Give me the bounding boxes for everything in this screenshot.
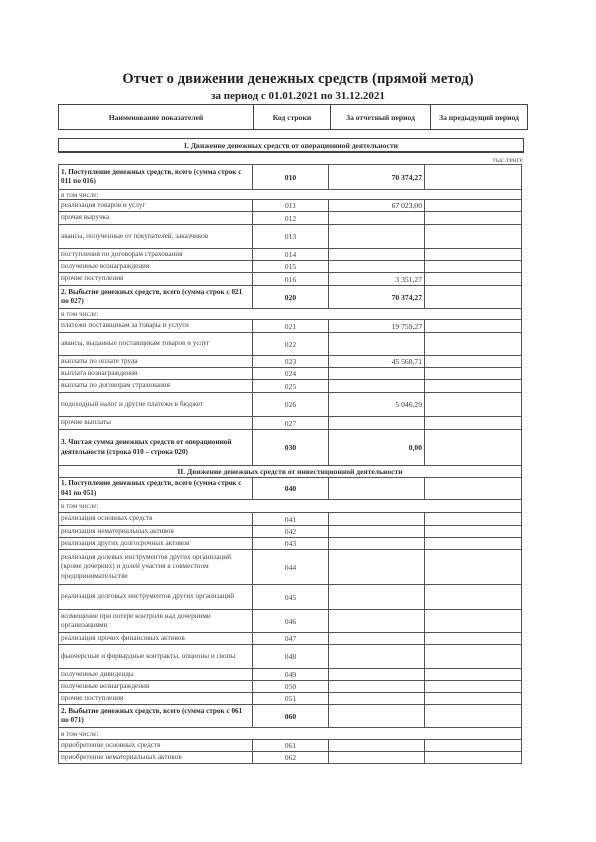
row-line-code: 060 (253, 705, 329, 727)
unit-label: тыс.тенге (493, 155, 523, 164)
row-current-value: 45 568,71 (329, 356, 425, 367)
row-indicator-name: 1. Поступление денежных средств, всего (… (59, 478, 253, 499)
row-indicator-name: реализация основных средств (59, 513, 253, 525)
row-previous-value (425, 526, 521, 537)
row-indicator-name: подоходный налог и другие платежи в бюдж… (59, 393, 253, 416)
row-current-value (329, 633, 425, 644)
table-row: авансы, выданные поставщикам товаров и у… (58, 333, 522, 356)
row-indicator-name: реализация других долгосрочных активов (59, 538, 253, 549)
row-line-code: 025 (253, 380, 329, 392)
row-current-value (329, 212, 425, 224)
table-row: выплаты по договорам страхования025 (58, 380, 522, 393)
table-row: возмещение при потере контроля над дочер… (58, 610, 522, 633)
row-indicator-name: реализация товаров и услуг (59, 200, 253, 211)
row-previous-value (425, 393, 521, 416)
row-previous-value (425, 417, 521, 429)
section-heading-row: II. Движение денежных средств от инвести… (58, 466, 522, 478)
row-line-code: 043 (253, 538, 329, 549)
row-previous-value (425, 585, 521, 609)
row-current-value (329, 669, 425, 680)
row-indicator-name: 1. Поступление денежных средств, всего (… (59, 165, 253, 189)
table-row: реализация долговых инструментов других … (58, 585, 522, 610)
row-previous-value (425, 380, 521, 392)
row-previous-value (425, 165, 521, 189)
row-indicator-name: полученные дивиденды (59, 669, 253, 680)
row-current-value (329, 513, 425, 525)
header-current-period: За отчетный период (331, 105, 431, 129)
table-row: выплаты по оплате труда02345 568,71 (58, 356, 522, 368)
row-current-value (329, 752, 425, 763)
row-indicator-name: поступления по договорам страхования (59, 249, 253, 260)
row-previous-value (425, 356, 521, 367)
row-previous-value (425, 286, 521, 308)
table-row: реализация других долгосрочных активов04… (58, 538, 522, 550)
row-line-code: 015 (253, 261, 329, 272)
row-line-code: 047 (253, 633, 329, 644)
row-line-code: 016 (253, 273, 329, 285)
row-previous-value (425, 633, 521, 644)
row-line-code: 046 (253, 610, 329, 632)
row-indicator-name: реализация долговых инструментов других … (59, 585, 253, 609)
table-row: поступления по договорам страхования014 (58, 249, 522, 261)
including-label: в том числе: (59, 309, 521, 319)
including-row: в том числе: (58, 190, 522, 200)
including-label: в том числе: (59, 500, 521, 512)
header-previous-period: За предыдущий период (431, 105, 527, 129)
report-title: Отчет о движении денежных средств (прямо… (0, 71, 596, 88)
row-current-value: 70 374,27 (329, 286, 425, 308)
row-indicator-name: 3. Чистая сумма денежных средств от опер… (59, 430, 253, 465)
row-previous-value (425, 212, 521, 224)
row-current-value (329, 368, 425, 379)
table-row: 3. Чистая сумма денежных средств от опер… (58, 430, 522, 466)
row-line-code: 012 (253, 212, 329, 224)
row-current-value (329, 478, 425, 499)
row-current-value (329, 550, 425, 584)
row-indicator-name: платежи поставщикам за товары и услуги (59, 320, 253, 332)
row-indicator-name: 2. Выбытие денежных средств, всего (сумм… (59, 286, 253, 308)
table-row: прочие поступления0163 351,27 (58, 273, 522, 286)
row-indicator-name: выплаты по оплате труда (59, 356, 253, 367)
row-current-value: 3 351,27 (329, 273, 425, 285)
including-row: в том числе: (58, 309, 522, 320)
row-line-code: 042 (253, 526, 329, 537)
table-row: приобретение основных средств061 (58, 740, 522, 752)
row-current-value (329, 740, 425, 751)
row-line-code: 023 (253, 356, 329, 367)
row-line-code: 030 (253, 430, 329, 465)
row-current-value (329, 693, 425, 704)
row-current-value (329, 538, 425, 549)
row-line-code: 014 (253, 249, 329, 260)
row-indicator-name: 2. Выбытие денежных средств, всего (сумм… (59, 705, 253, 727)
row-indicator-name: полученные вознаграждения (59, 261, 253, 272)
including-label: в том числе: (59, 728, 521, 739)
row-line-code: 010 (253, 165, 329, 189)
row-indicator-name: приобретение нематериальных активов (59, 752, 253, 763)
row-indicator-name: реализация прочих финансовых активов (59, 633, 253, 644)
table-row: прочие поступления051 (58, 693, 522, 705)
row-line-code: 048 (253, 645, 329, 668)
row-line-code: 027 (253, 417, 329, 429)
row-current-value: 70 374,27 (329, 165, 425, 189)
row-indicator-name: прочие выплаты (59, 417, 253, 429)
row-previous-value (425, 261, 521, 272)
row-previous-value (425, 273, 521, 285)
row-previous-value (425, 333, 521, 355)
row-line-code: 041 (253, 513, 329, 525)
row-previous-value (425, 538, 521, 549)
row-indicator-name: авансы, выданные поставщикам товаров и у… (59, 333, 253, 355)
row-previous-value (425, 645, 521, 668)
row-previous-value (425, 740, 521, 751)
row-indicator-name: выплата вознаграждения (59, 368, 253, 379)
row-line-code: 045 (253, 585, 329, 609)
row-current-value: 0,00 (329, 430, 425, 465)
row-previous-value (425, 320, 521, 332)
section-title: II. Движение денежных средств от инвести… (59, 466, 521, 477)
row-previous-value (425, 249, 521, 260)
row-indicator-name: прочие поступления (59, 273, 253, 285)
header-indicator-name: Наименование показателей (59, 105, 254, 129)
table-row: 2. Выбытие денежных средств, всего (сумм… (58, 705, 522, 728)
table-row: 2. Выбытие денежных средств, всего (сумм… (58, 286, 522, 309)
table-row: прочая выручка012 (58, 212, 522, 225)
row-previous-value (425, 610, 521, 632)
row-current-value: 5 046,29 (329, 393, 425, 416)
including-row: в том числе: (58, 728, 522, 740)
table-row: реализация прочих финансовых активов047 (58, 633, 522, 645)
including-label: в том числе: (59, 190, 521, 199)
row-previous-value (425, 693, 521, 704)
row-current-value (329, 585, 425, 609)
table-row: выплата вознаграждения024 (58, 368, 522, 380)
row-current-value (329, 333, 425, 355)
row-previous-value (425, 225, 521, 248)
row-previous-value (425, 513, 521, 525)
row-current-value: 19 759,27 (329, 320, 425, 332)
table-row: приобретение нематериальных активов062 (58, 752, 522, 764)
row-previous-value (425, 200, 521, 211)
column-header-table: Наименование показателей Код строки За о… (58, 104, 528, 130)
table-row: реализация товаров и услуг01167 023,00 (58, 200, 522, 212)
row-line-code: 021 (253, 320, 329, 332)
row-line-code: 024 (253, 368, 329, 379)
row-indicator-name: реализация долевых инструментов других о… (59, 550, 253, 584)
table-row: реализация нематериальных активов042 (58, 526, 522, 538)
table-row: реализация долевых инструментов других о… (58, 550, 522, 585)
row-current-value (329, 417, 425, 429)
row-previous-value (425, 478, 521, 499)
row-previous-value (425, 705, 521, 727)
row-current-value (329, 645, 425, 668)
row-line-code: 020 (253, 286, 329, 308)
table-row: реализация основных средств041 (58, 513, 522, 526)
row-indicator-name: возмещение при потере контроля над дочер… (59, 610, 253, 632)
row-indicator-name: выплаты по договорам страхования (59, 380, 253, 392)
row-line-code: 026 (253, 393, 329, 416)
table-row: 1. Поступление денежных средств, всего (… (58, 478, 522, 500)
row-line-code: 022 (253, 333, 329, 355)
row-indicator-name: авансы, полученные от покупателей, заказ… (59, 225, 253, 248)
row-line-code: 013 (253, 225, 329, 248)
table-row: авансы, полученные от покупателей, заказ… (58, 225, 522, 249)
table-row: 1. Поступление денежных средств, всего (… (58, 164, 522, 190)
header-line-code: Код строки (254, 105, 331, 129)
row-indicator-name: приобретение основных средств (59, 740, 253, 751)
row-indicator-name: реализация нематериальных активов (59, 526, 253, 537)
row-line-code: 011 (253, 200, 329, 211)
row-current-value (329, 249, 425, 260)
row-current-value (329, 681, 425, 692)
row-previous-value (425, 669, 521, 680)
row-line-code: 049 (253, 669, 329, 680)
row-current-value (329, 225, 425, 248)
row-current-value (329, 705, 425, 727)
row-previous-value (425, 681, 521, 692)
report-period: за период с 01.01.2021 по 31.12.2021 (0, 90, 596, 102)
row-line-code: 044 (253, 550, 329, 584)
table-row: прочие выплаты027 (58, 417, 522, 430)
row-current-value (329, 261, 425, 272)
row-line-code: 051 (253, 693, 329, 704)
table-row: полученные дивиденды049 (58, 669, 522, 681)
row-line-code: 050 (253, 681, 329, 692)
table-row: платежи поставщикам за товары и услуги02… (58, 320, 522, 333)
table-row: фьючерсные и форвардные контракты, опцио… (58, 645, 522, 669)
row-current-value (329, 610, 425, 632)
row-previous-value (425, 430, 521, 465)
row-line-code: 062 (253, 752, 329, 763)
row-previous-value (425, 368, 521, 379)
table-row: полученные вознаграждения015 (58, 261, 522, 273)
row-indicator-name: прочая выручка (59, 212, 253, 224)
table-row: полученные вознаграждения050 (58, 681, 522, 693)
row-current-value (329, 380, 425, 392)
including-row: в том числе: (58, 500, 522, 513)
row-line-code: 061 (253, 740, 329, 751)
row-indicator-name: полученные вознаграждения (59, 681, 253, 692)
row-line-code: 040 (253, 478, 329, 499)
row-current-value: 67 023,00 (329, 200, 425, 211)
table-row: подоходный налог и другие платежи в бюдж… (58, 393, 522, 417)
row-current-value (329, 526, 425, 537)
row-indicator-name: фьючерсные и форвардные контракты, опцио… (59, 645, 253, 668)
row-indicator-name: прочие поступления (59, 693, 253, 704)
row-previous-value (425, 752, 521, 763)
row-previous-value (425, 550, 521, 584)
section-operating-title: I. Движение денежных средств от операцио… (58, 138, 524, 153)
